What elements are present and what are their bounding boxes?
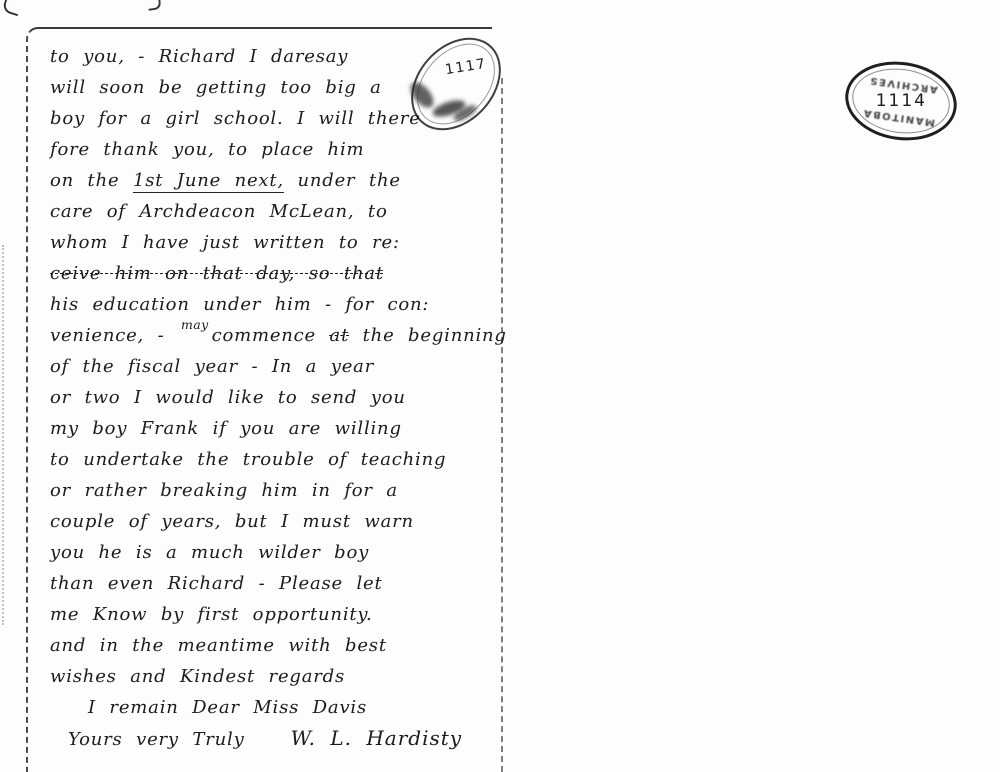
line-text: venience, - xyxy=(50,325,178,346)
line-text: on the xyxy=(50,170,133,191)
line-text: or rather breaking him in for a xyxy=(50,480,398,501)
line-text: you he is a much wilder boy xyxy=(50,542,369,563)
letter-line: fore thank you, to place him xyxy=(50,134,492,165)
closing-line: I remain Dear Miss Davis xyxy=(88,692,492,723)
left-page: to you, - Richard I daresay will soon be… xyxy=(26,27,492,772)
line-text: couple of years, but I must warn xyxy=(50,511,414,532)
line-text: Yours very Truly xyxy=(68,729,245,750)
line-text: whom I have just written to re: xyxy=(50,232,400,253)
line-text: his education under him - for con: xyxy=(50,294,429,315)
struck-word: at xyxy=(330,325,350,346)
letter-line: whom I have just written to re: xyxy=(50,227,492,258)
line-text: will soon be getting too big a xyxy=(50,77,382,98)
letter-line: venience, - maycommence at the beginning xyxy=(50,320,492,351)
signature-line: Yours very TrulyW. L. Hardisty xyxy=(68,723,492,754)
letter-line: to undertake the trouble of teaching xyxy=(50,444,492,475)
letter-line: of the fiscal year - In a year xyxy=(50,351,492,382)
line-text: fore thank you, to place him xyxy=(50,139,364,160)
letter-line: his education under him - for con: xyxy=(50,289,492,320)
line-text: to you, - Richard I daresay xyxy=(50,46,348,67)
letter-line: me Know by first opportunity. xyxy=(50,599,492,630)
line-text: to undertake the trouble of teaching xyxy=(50,449,446,470)
line-text: care of Archdeacon McLean, to xyxy=(50,201,388,222)
scan-artifact-mark xyxy=(147,0,161,11)
underlined-phrase: 1st June next, xyxy=(133,170,284,193)
line-text: me Know by first opportunity. xyxy=(50,604,373,625)
line-text: than even Richard - Please let xyxy=(50,573,383,594)
scan-artifact-mark xyxy=(1,0,21,16)
letter-line: than even Richard - Please let xyxy=(50,568,492,599)
scanned-letter-document: { "letter": { "paper_color": "#fdfdfb", … xyxy=(0,0,1000,772)
line-text: boy for a girl school. I will there xyxy=(50,108,421,129)
inserted-word: may xyxy=(181,317,209,332)
letter-line: care of Archdeacon McLean, to xyxy=(50,196,492,227)
letter-line: on the 1st June next, under the xyxy=(50,165,492,196)
scan-edge-dots xyxy=(2,245,4,625)
signature: W. L. Hardisty xyxy=(291,726,463,750)
letter-line: couple of years, but I must warn xyxy=(50,506,492,537)
letter-line: or two I would like to send you xyxy=(50,382,492,413)
letter-line: wishes and Kindest regards xyxy=(50,661,492,692)
struck-text: ceive him on that day, so that xyxy=(50,263,384,284)
line-text: or two I would like to send you xyxy=(50,387,406,408)
line-text: of the fiscal year - In a year xyxy=(50,356,374,377)
letter-line: and in the meantime with best xyxy=(50,630,492,661)
line-text: wishes and Kindest regards xyxy=(50,666,345,687)
letter-line: you he is a much wilder boy xyxy=(50,537,492,568)
line-text: and in the meantime with best xyxy=(50,635,387,656)
letter-line-struck: ceive him on that day, so that xyxy=(50,258,492,289)
letter-line: my boy Frank if you are willing xyxy=(50,413,492,444)
letter-line: or rather breaking him in for a xyxy=(50,475,492,506)
line-text: the beginning xyxy=(349,325,507,346)
line-text: commence xyxy=(212,325,330,346)
page-separator-line xyxy=(501,78,503,772)
line-text: my boy Frank if you are willing xyxy=(50,418,402,439)
line-text: I remain Dear Miss Davis xyxy=(88,697,367,718)
line-text: under the xyxy=(284,170,401,191)
stamp-number-right: 1114 xyxy=(875,91,926,111)
